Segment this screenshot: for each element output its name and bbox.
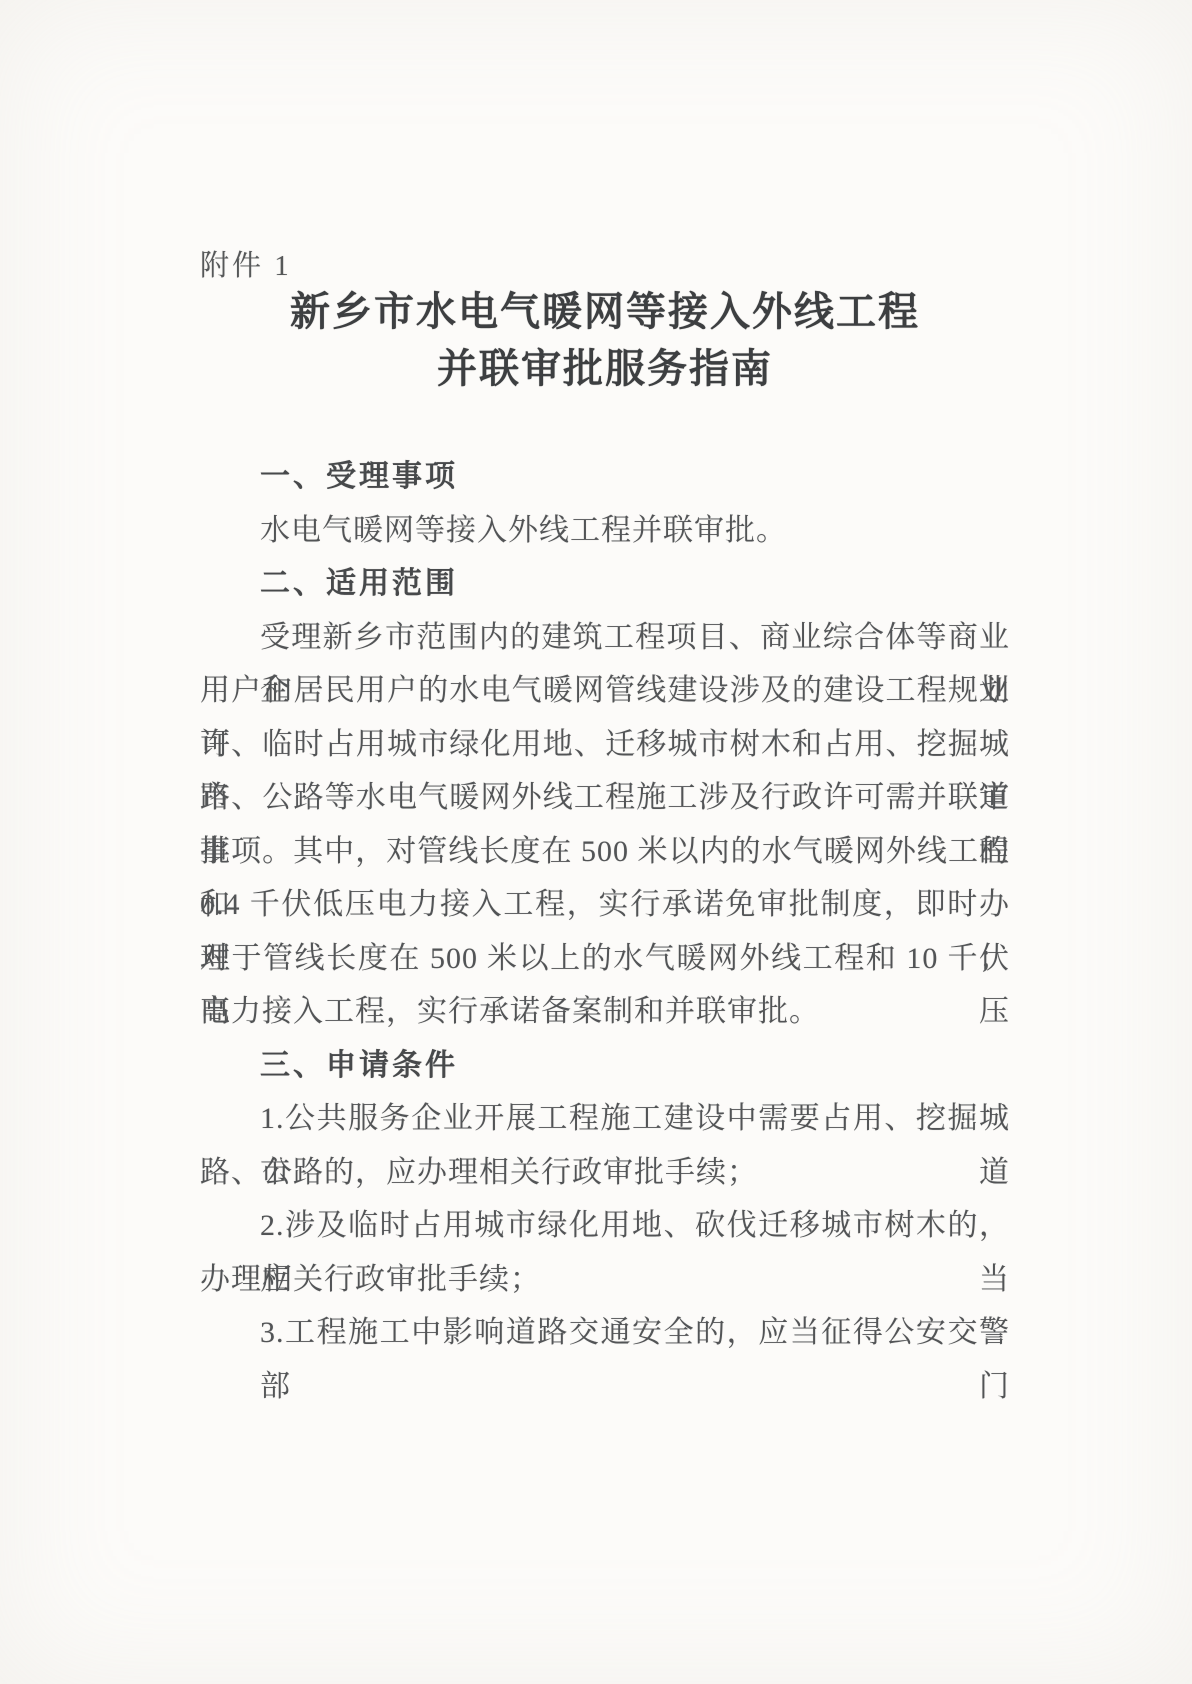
document-title-line-1: 新乡市水电气暖网等接入外线工程: [200, 283, 1010, 340]
document-title-line-2: 并联审批服务指南: [200, 340, 1010, 397]
section-heading-conditions: 三、申请条件: [200, 1039, 1010, 1093]
body-line: 可、临时占用城市绿化用地、迁移城市树木和占用、挖掘城市道: [200, 718, 1010, 772]
body-line-item-3: 3.工程施工中影响道路交通安全的，应当征得公安交警部门: [200, 1306, 1010, 1360]
section-heading-scope: 二、适用范围: [200, 557, 1010, 611]
document-body: 一、受理事项 水电气暖网等接入外线工程并联审批。 二、适用范围 受理新乡市范围内…: [200, 450, 1010, 1360]
body-line: 用户和居民用户的水电气暖网管线建设涉及的建设工程规划许: [200, 664, 1010, 718]
scanned-document-page: 附件 1 新乡市水电气暖网等接入外线工程 并联审批服务指南 一、受理事项 水电气…: [0, 0, 1192, 1684]
body-line: 受理新乡市范围内的建筑工程项目、商业综合体等商业企业: [200, 611, 1010, 665]
attachment-label: 附件 1: [200, 243, 292, 284]
body-line: 0.4 千伏低压电力接入工程，实行承诺免审批制度，即时办理；: [200, 878, 1010, 932]
body-line: 水电气暖网等接入外线工程并联审批。: [200, 504, 1010, 558]
body-line-item-2: 2.涉及临时占用城市绿化用地、砍伐迁移城市树木的，应当: [200, 1199, 1010, 1253]
body-line: 对于管线长度在 500 米以上的水气暖网外线工程和 10 千伏高压: [200, 932, 1010, 986]
body-line-item-1: 1.公共服务企业开展工程施工建设中需要占用、挖掘城市道: [200, 1092, 1010, 1146]
document-title: 新乡市水电气暖网等接入外线工程 并联审批服务指南: [200, 283, 1010, 397]
body-line: 事项。其中，对管线长度在 500 米以内的水气暖网外线工程和: [200, 825, 1010, 879]
section-heading-acceptance: 一、受理事项: [200, 450, 1010, 504]
body-line: 路、公路等水电气暖网外线工程施工涉及行政许可需并联审批的: [200, 771, 1010, 825]
